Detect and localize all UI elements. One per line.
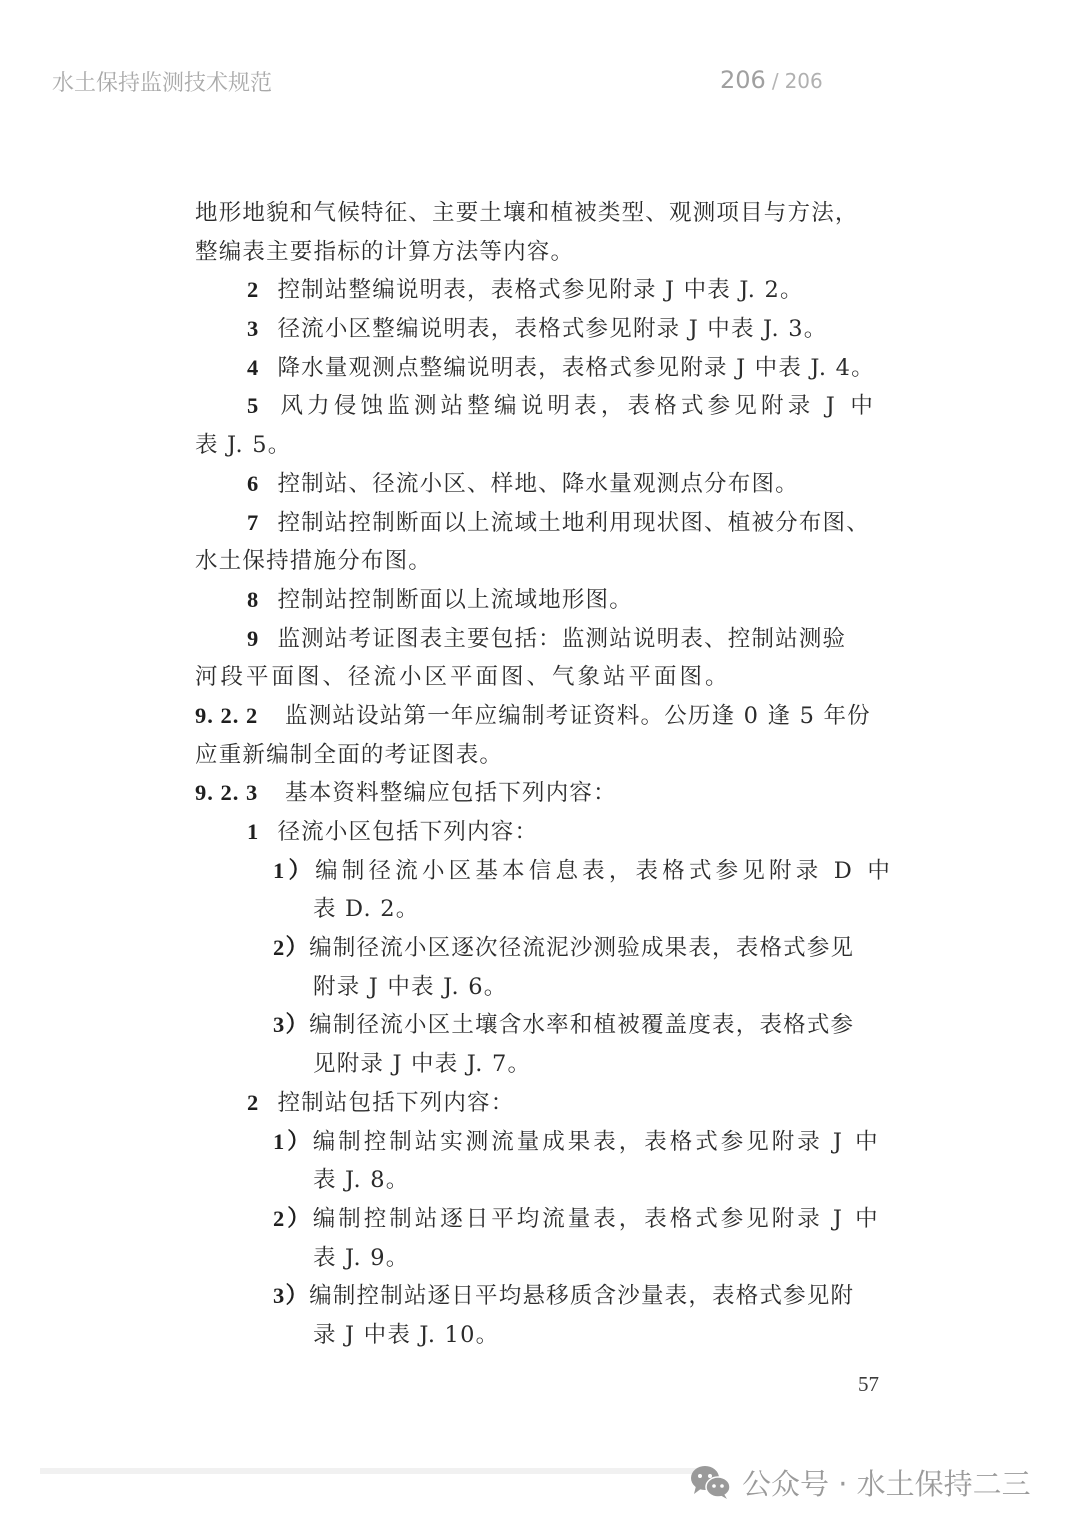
watermark: 公众号 · 水土保持二三 <box>690 1460 1031 1504</box>
line-text: 控制站整编说明表，表格式参见附录 J 中表 J. 2。 <box>277 277 803 303</box>
line-text: 应重新编制全面的考证图表。 <box>195 742 503 768</box>
current-page: 206 <box>720 66 766 94</box>
line-text: 地形地貌和气候特征、主要土壤和植被类型、观测项目与方法， <box>195 200 859 226</box>
line-text: 基本资料整编应包括下列内容： <box>285 780 617 806</box>
line-text: 编制径流小区基本信息表，表格式参见附录 D 中 <box>315 858 894 884</box>
page-separator: / <box>772 69 779 93</box>
item-number: 5 <box>247 387 262 426</box>
text-line: 河段平面图、径流小区平面图、气象站平面图。 <box>195 658 920 697</box>
item-number: 2 <box>247 271 259 310</box>
item-number: 7 <box>247 504 259 543</box>
item-number: 6 <box>247 465 259 504</box>
line-text: 河段平面图、径流小区平面图、气象站平面图。 <box>195 664 731 690</box>
item-number: 8 <box>247 581 259 620</box>
line-text: 编制径流小区逐次径流泥沙测验成果表，表格式参见 <box>309 935 854 961</box>
list-item: 5风力侵蚀监测站整编说明表，表格式参见附录 J 中 <box>195 387 920 426</box>
sub-item-number: 2） <box>273 935 309 960</box>
line-text: 表 J. 5。 <box>195 432 291 458</box>
total-pages: 206 <box>785 69 823 93</box>
line-text: 编制径流小区土壤含水率和植被覆盖度表，表格式参 <box>309 1012 854 1038</box>
text-line: 表 J. 5。 <box>195 426 920 465</box>
watermark-text: 公众号 · 水土保持二三 <box>742 1462 1031 1503</box>
list-item: 2控制站包括下列内容： <box>195 1084 920 1123</box>
sub-item: 3）编制径流小区土壤含水率和植被覆盖度表，表格式参 <box>195 1006 920 1045</box>
sub-item: 1）编制径流小区基本信息表，表格式参见附录 D 中 <box>195 852 920 891</box>
line-text: 监测站考证图表主要包括：监测站说明表、控制站测验 <box>277 626 846 652</box>
list-item: 7控制站控制断面以上流域土地利用现状图、植被分布图、 <box>195 504 920 543</box>
line-text: 编制控制站逐日平均流量表，表格式参见附录 J 中 <box>313 1206 881 1232</box>
text-line: 录 J 中表 J. 10。 <box>195 1316 920 1355</box>
line-text: 水土保持措施分布图。 <box>195 548 432 574</box>
item-number: 9 <box>247 620 259 659</box>
line-text: 径流小区包括下列内容： <box>277 819 538 845</box>
document-title: 水土保持监测技术规范 <box>52 66 272 97</box>
line-text: 整编表主要指标的计算方法等内容。 <box>195 239 574 265</box>
wechat-icon <box>690 1464 732 1500</box>
line-text: 控制站控制断面以上流域地形图。 <box>277 587 633 613</box>
section-clause: 9. 2. 3基本资料整编应包括下列内容： <box>195 774 920 813</box>
sub-item-number: 3） <box>273 1283 309 1308</box>
sub-item: 1）编制控制站实测流量成果表，表格式参见附录 J 中 <box>195 1123 920 1162</box>
list-item: 2控制站整编说明表，表格式参见附录 J 中表 J. 2。 <box>195 271 920 310</box>
page-counter: 206/206 <box>720 66 823 94</box>
text-line: 地形地貌和气候特征、主要土壤和植被类型、观测项目与方法， <box>195 194 920 233</box>
sub-item: 2）编制控制站逐日平均流量表，表格式参见附录 J 中 <box>195 1200 920 1239</box>
text-line: 见附录 J 中表 J. 7。 <box>195 1045 920 1084</box>
list-item: 9监测站考证图表主要包括：监测站说明表、控制站测验 <box>195 620 920 659</box>
list-item: 1径流小区包括下列内容： <box>195 813 920 852</box>
line-text: 附录 J 中表 J. 6。 <box>313 974 507 1000</box>
item-number: 3 <box>247 310 259 349</box>
clause-number: 9. 2. 3 <box>195 774 285 813</box>
list-item: 8控制站控制断面以上流域地形图。 <box>195 581 920 620</box>
line-text: 控制站、径流小区、样地、降水量观测点分布图。 <box>277 471 798 497</box>
text-line: 整编表主要指标的计算方法等内容。 <box>195 233 920 272</box>
line-text: 编制控制站逐日平均悬移质含沙量表，表格式参见附 <box>309 1283 854 1309</box>
line-text: 控制站包括下列内容： <box>277 1090 514 1116</box>
item-number: 1 <box>247 813 259 852</box>
clause-number: 9. 2. 2 <box>195 697 285 736</box>
page-number: 57 <box>858 1372 879 1397</box>
list-item: 4降水量观测点整编说明表，表格式参见附录 J 中表 J. 4。 <box>195 349 920 388</box>
sub-item-number: 3） <box>273 1012 309 1037</box>
list-item: 3径流小区整编说明表，表格式参见附录 J 中表 J. 3。 <box>195 310 920 349</box>
line-text: 录 J 中表 J. 10。 <box>313 1322 499 1348</box>
line-text: 风力侵蚀监测站整编说明表，表格式参见附录 J 中 <box>280 393 877 419</box>
line-text: 监测站设站第一年应编制考证资料。公历逢 0 逢 5 年份 <box>285 703 871 729</box>
line-text: 径流小区整编说明表，表格式参见附录 J 中表 J. 3。 <box>277 316 827 342</box>
line-text: 表 D. 2。 <box>313 896 419 922</box>
sub-item: 3）编制控制站逐日平均悬移质含沙量表，表格式参见附 <box>195 1277 920 1316</box>
item-number: 2 <box>247 1084 259 1123</box>
text-line: 附录 J 中表 J. 6。 <box>195 968 920 1007</box>
line-text: 表 J. 8。 <box>313 1167 409 1193</box>
list-item: 6控制站、径流小区、样地、降水量观测点分布图。 <box>195 465 920 504</box>
sub-item-number: 2） <box>273 1206 313 1231</box>
item-number: 4 <box>247 349 259 388</box>
footer-divider <box>40 1468 700 1474</box>
line-text: 见附录 J 中表 J. 7。 <box>313 1051 531 1077</box>
line-text: 表 J. 9。 <box>313 1245 409 1271</box>
text-line: 表 J. 9。 <box>195 1239 920 1278</box>
sub-item: 2）编制径流小区逐次径流泥沙测验成果表，表格式参见 <box>195 929 920 968</box>
document-body: 地形地貌和气候特征、主要土壤和植被类型、观测项目与方法， 整编表主要指标的计算方… <box>195 194 920 1355</box>
text-line: 应重新编制全面的考证图表。 <box>195 736 920 775</box>
sub-item-number: 1） <box>273 858 315 883</box>
line-text: 控制站控制断面以上流域土地利用现状图、植被分布图、 <box>277 510 870 536</box>
line-text: 编制控制站实测流量成果表，表格式参见附录 J 中 <box>313 1129 881 1155</box>
text-line: 水土保持措施分布图。 <box>195 542 920 581</box>
text-line: 表 D. 2。 <box>195 890 920 929</box>
sub-item-number: 1） <box>273 1129 313 1154</box>
text-line: 表 J. 8。 <box>195 1161 920 1200</box>
line-text: 降水量观测点整编说明表，表格式参见附录 J 中表 J. 4。 <box>277 355 874 381</box>
section-clause: 9. 2. 2监测站设站第一年应编制考证资料。公历逢 0 逢 5 年份 <box>195 697 920 736</box>
